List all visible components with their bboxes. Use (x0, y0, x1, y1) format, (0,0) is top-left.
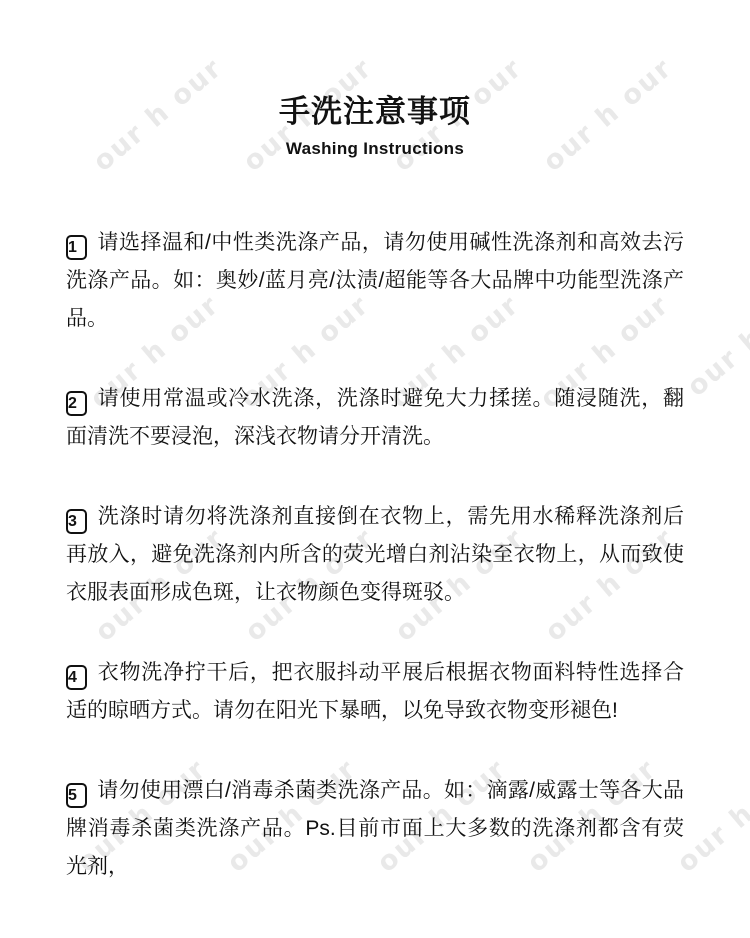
instruction-item: 5请勿使用漂白/消毒杀菌类洗涤产品。如：滴露/威露士等各大品牌消毒杀菌类洗涤产品… (66, 772, 684, 886)
instructions-list: 1请选择温和/中性类洗涤产品，请勿使用碱性洗涤剂和高效去污洗涤产品。如：奥妙/蓝… (66, 224, 684, 886)
instruction-number-badge: 5 (66, 783, 87, 808)
washing-instructions-page: our h ourour h ourour h ourour h ourour … (0, 0, 750, 938)
instruction-text: 请选择温和/中性类洗涤产品，请勿使用碱性洗涤剂和高效去污洗涤产品。如：奥妙/蓝月… (66, 231, 684, 330)
instruction-number-badge: 2 (66, 391, 87, 416)
instruction-number-badge: 4 (66, 665, 87, 690)
instruction-text: 请勿使用漂白/消毒杀菌类洗涤产品。如：滴露/威露士等各大品牌消毒杀菌类洗涤产品。… (66, 779, 684, 878)
page-title: 手洗注意事项 (0, 94, 750, 130)
instruction-item: 4衣物洗净拧干后，把衣服抖动平展后根据衣物面料特性选择合适的晾晒方式。请勿在阳光… (66, 654, 684, 730)
instruction-item: 3洗涤时请勿将洗涤剂直接倒在衣物上，需先用水稀释洗涤剂后再放入，避免洗涤剂内所含… (66, 498, 684, 612)
header: 手洗注意事项 Washing Instructions (0, 0, 750, 160)
instruction-item: 1请选择温和/中性类洗涤产品，请勿使用碱性洗涤剂和高效去污洗涤产品。如：奥妙/蓝… (66, 224, 684, 338)
instruction-item: 2请使用常温或冷水洗涤，洗涤时避免大力揉搓。随浸随洗，翻面清洗不要浸泡，深浅衣物… (66, 380, 684, 456)
instruction-number-badge: 3 (66, 509, 87, 534)
instruction-text: 衣物洗净拧干后，把衣服抖动平展后根据衣物面料特性选择合适的晾晒方式。请勿在阳光下… (66, 661, 684, 722)
instruction-number-badge: 1 (66, 235, 87, 260)
instruction-text: 洗涤时请勿将洗涤剂直接倒在衣物上，需先用水稀释洗涤剂后再放入，避免洗涤剂内所含的… (66, 505, 684, 604)
watermark-text: our h our (681, 277, 750, 402)
instruction-text: 请使用常温或冷水洗涤，洗涤时避免大力揉搓。随浸随洗，翻面清洗不要浸泡，深浅衣物请… (66, 387, 684, 448)
page-subtitle: Washing Instructions (0, 138, 750, 160)
